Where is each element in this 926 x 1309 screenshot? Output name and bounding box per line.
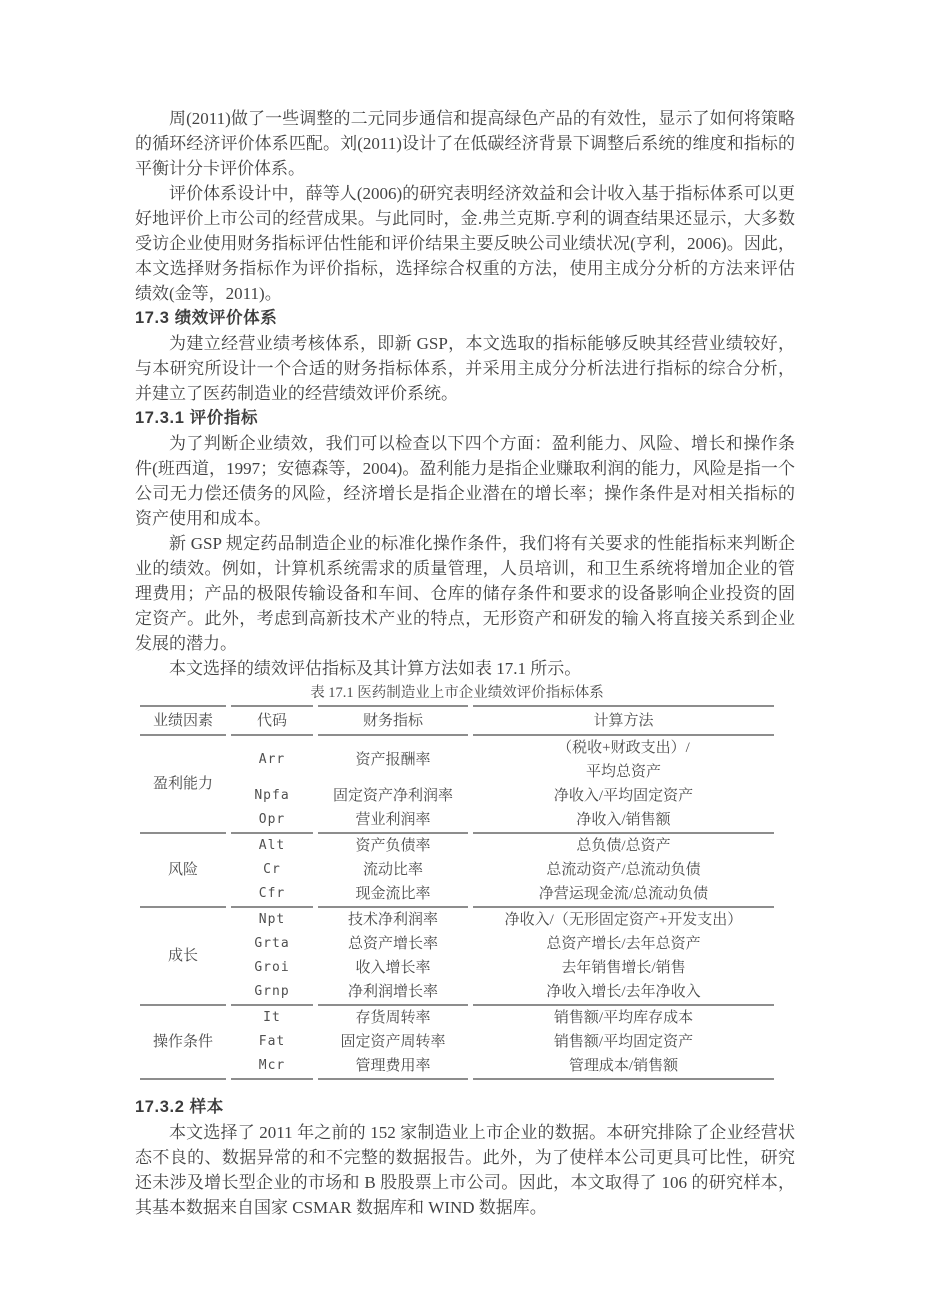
code-cell: Grnp [231,980,313,1004]
table-row: Cr 流动比率 总流动资产/总流动负债 [140,858,774,882]
table-caption: 表 17.1 医药制造业上市企业绩效评价指标体系 [135,683,779,704]
factor-cell-growth: 成长 [140,906,226,1004]
table-row: Opr 营业利润率 净收入/销售额 [140,808,774,832]
method-cell: 总负债/总资产 [473,832,774,858]
table-row: Npfa 固定资产净利润率 净收入/平均固定资产 [140,784,774,808]
method-cell: （税收+财政支出）/ 平均总资产 [473,736,774,784]
method-cell: 销售额/平均固定资产 [473,1030,774,1054]
code-cell: Grta [231,932,313,956]
column-header-factor: 业绩因素 [140,705,226,736]
column-header-code: 代码 [231,705,313,736]
factor-cell-risk: 风险 [140,832,226,906]
paragraph-intro-1: 周(2011)做了一些调整的二元同步通信和提高绿色产品的有效性，显示了如何将策略… [135,106,795,181]
method-cell: 管理成本/销售额 [473,1054,774,1080]
indicator-cell: 净利润增长率 [318,980,468,1004]
code-cell: It [231,1004,313,1030]
table-header-row: 业绩因素 代码 财务指标 计算方法 [140,705,774,736]
indicator-cell: 固定资产周转率 [318,1030,468,1054]
method-line-1: （税收+财政支出）/ [473,736,774,760]
method-cell: 净收入/（无形固定资产+开发支出） [473,906,774,932]
paragraph-17-3-1-b: 新 GSP 规定药品制造企业的标准化操作条件，我们将有关要求的性能指标来判断企业… [135,531,795,656]
column-header-method: 计算方法 [473,705,774,736]
code-cell: Groi [231,956,313,980]
paragraph-17-3-2-a: 本文选择了 2011 年之前的 152 家制造业上市企业的数据。本研究排除了企业… [135,1120,795,1220]
method-cell: 净收入/平均固定资产 [473,784,774,808]
table-row: Cfr 现金流比率 净营运现金流/总流动负债 [140,882,774,906]
table-row: Grnp 净利润增长率 净收入增长/去年净收入 [140,980,774,1004]
paragraph-17-3-1-c: 本文选择的绩效评估指标及其计算方法如表 17.1 所示。 [135,656,795,681]
table-row: Groi 收入增长率 去年销售增长/销售 [140,956,774,980]
code-cell: Mcr [231,1054,313,1080]
table-row: Fat 固定资产周转率 销售额/平均固定资产 [140,1030,774,1054]
code-cell: Opr [231,808,313,832]
table-row: 操作条件 It 存货周转率 销售额/平均库存成本 [140,1004,774,1030]
indicator-cell: 流动比率 [318,858,468,882]
table-row: Mcr 管理费用率 管理成本/销售额 [140,1054,774,1080]
method-cell: 总流动资产/总流动负债 [473,858,774,882]
code-cell: Npfa [231,784,313,808]
code-cell: Cfr [231,882,313,906]
column-header-indicator: 财务指标 [318,705,468,736]
indicator-cell: 现金流比率 [318,882,468,906]
method-cell: 净收入增长/去年净收入 [473,980,774,1004]
indicator-table: 业绩因素 代码 财务指标 计算方法 盈利能力 Arr 资产报酬率 （税收+财政支… [135,705,779,1080]
method-cell: 净营运现金流/总流动负债 [473,882,774,906]
table-row: Grta 总资产增长率 总资产增长/去年总资产 [140,932,774,956]
method-cell: 总资产增长/去年总资产 [473,932,774,956]
paragraph-intro-2: 评价体系设计中，薛等人(2006)的研究表明经济效益和会计收入基于指标体系可以更… [135,181,795,306]
section-heading-17-3: 17.3 绩效评价体系 [135,306,795,331]
factor-cell-operating: 操作条件 [140,1004,226,1080]
table-row: 盈利能力 Arr 资产报酬率 （税收+财政支出）/ 平均总资产 [140,736,774,784]
section-heading-17-3-1: 17.3.1 评价指标 [135,406,795,431]
code-cell: Cr [231,858,313,882]
indicator-cell: 技术净利润率 [318,906,468,932]
method-cell: 去年销售增长/销售 [473,956,774,980]
method-cell: 净收入/销售额 [473,808,774,832]
indicator-cell: 收入增长率 [318,956,468,980]
indicator-cell: 资产报酬率 [318,736,468,784]
indicator-cell: 营业利润率 [318,808,468,832]
code-cell: Arr [231,736,313,784]
code-cell: Alt [231,832,313,858]
indicator-cell: 资产负债率 [318,832,468,858]
indicator-cell: 存货周转率 [318,1004,468,1030]
paragraph-17-3-1-a: 为了判断企业绩效，我们可以检查以下四个方面：盈利能力、风险、增长和操作条件(班西… [135,431,795,531]
code-cell: Fat [231,1030,313,1054]
method-cell: 销售额/平均库存成本 [473,1004,774,1030]
section-heading-17-3-2: 17.3.2 样本 [135,1095,795,1120]
code-cell: Npt [231,906,313,932]
indicator-cell: 总资产增长率 [318,932,468,956]
document-page: 周(2011)做了一些调整的二元同步通信和提高绿色产品的有效性，显示了如何将策略… [0,0,926,1309]
table-row: 成长 Npt 技术净利润率 净收入/（无形固定资产+开发支出） [140,906,774,932]
factor-cell-profitability: 盈利能力 [140,736,226,832]
paragraph-17-3-1: 为建立经营业绩考核体系，即新 GSP，本文选取的指标能够反映其经营业绩较好，与本… [135,331,795,406]
indicator-cell: 管理费用率 [318,1054,468,1080]
table-row: 风险 Alt 资产负债率 总负债/总资产 [140,832,774,858]
method-line-2: 平均总资产 [473,760,774,784]
indicator-cell: 固定资产净利润率 [318,784,468,808]
